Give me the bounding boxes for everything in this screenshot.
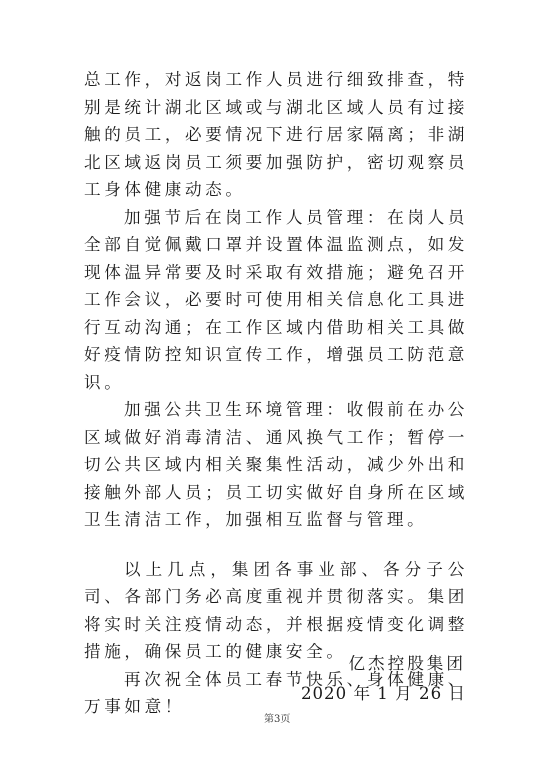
page-number: 第3页 [264,710,290,725]
paragraph-1: 总工作，对返岗工作人员进行细致排查，特别是统计湖北区域或与湖北区域人员有过接触的… [84,66,468,204]
signature-date: 2020 年 1 月 26 日 [301,680,466,704]
document-page: 总工作，对返岗工作人员进行细致排查，特别是统计湖北区域或与湖北区域人员有过接触的… [0,0,550,778]
paragraph-4: 以上几点，集团各事业部、各分子公司、各部门务必高度重视并贯彻落实。集团将实时关注… [84,556,468,666]
document-body: 总工作，对返岗工作人员进行细致排查，特别是统计湖北区域或与湖北区域人员有过接触的… [84,66,468,721]
paragraph-3: 加强公共卫生环境管理：收假前在办公区域做好消毒清洁、通风换气工作；暂停一切公共区… [84,396,468,534]
paragraph-gap [84,534,468,556]
paragraph-2: 加强节后在岗工作人员管理：在岗人员全部自觉佩戴口罩并设置体温监测点，如发现体温异… [84,204,468,397]
signature-organization: 亿杰控股集团 [348,650,466,674]
